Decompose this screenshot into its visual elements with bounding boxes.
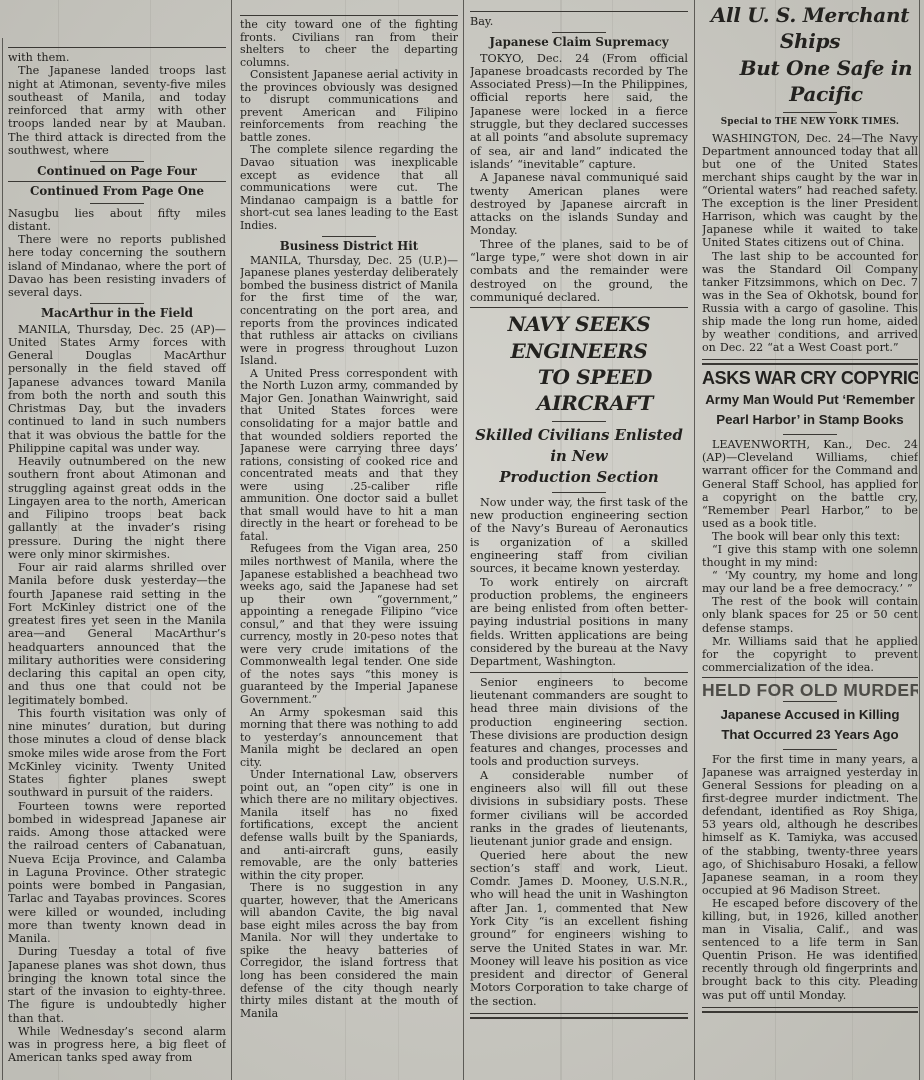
byline: Special to THE NEW YORK TIMES. — [702, 116, 918, 129]
divider-rule — [783, 112, 837, 113]
headline-line: Pearl Harbor’ in Stamp Books — [702, 410, 918, 430]
article-paragraph: The last ship to be accounted for was th… — [702, 250, 918, 355]
divider-rule — [90, 203, 144, 204]
article-paragraph: He escaped before discovery of the killi… — [702, 897, 918, 1002]
article-paragraph: Heavily outnumbered on the new southern … — [8, 455, 226, 561]
article-paragraph: For the first time in many years, a Japa… — [702, 753, 918, 897]
divider-line — [240, 15, 458, 16]
article-paragraph: A considerable number of engineers also … — [470, 769, 688, 849]
double-rule — [470, 1013, 688, 1019]
article-subheadline: Japanese Accused in KillingThat Occurred… — [702, 705, 918, 745]
divider-rule — [552, 421, 606, 422]
column-separator — [694, 0, 695, 1080]
article-paragraph: A Japanese naval communiqué said twenty … — [470, 171, 688, 237]
article-subheadline: Army Man Would Put ‘RememberPearl Harbor… — [702, 390, 918, 430]
newspaper-page: with them.The Japanese landed troops las… — [0, 0, 924, 1080]
article-paragraph: “ ‘My country, my home and long may our … — [702, 569, 918, 595]
divider-line — [470, 11, 688, 12]
article-headline: All U. S. Merchant ShipsBut One Safe in … — [702, 2, 918, 108]
article-headline: NAVY SEEKS ENGINEERSTO SPEED AIRCRAFT — [470, 311, 688, 417]
column-2: the city toward one of the fighting fron… — [240, 12, 458, 1080]
section-subhead: Continued on Page Four — [8, 165, 226, 178]
headline-line: Army Man Would Put ‘Remember — [702, 390, 918, 410]
divider-rule — [783, 701, 837, 702]
headline-line: TO SPEED AIRCRAFT — [486, 364, 688, 417]
headline-line: That Occurred 23 Years Ago — [702, 725, 918, 745]
article-paragraph: While Wednesday’s second alarm was in pr… — [8, 1025, 226, 1065]
article-paragraph: Queried here about the new section’s sta… — [470, 849, 688, 1009]
article-paragraph: the city toward one of the fighting fron… — [240, 19, 458, 69]
divider-line — [470, 672, 688, 673]
double-rule — [702, 359, 918, 365]
column-3: Bay.Japanese Claim SupremacyTOKYO, Dec. … — [470, 8, 688, 1080]
article-paragraph: To work entirely on aircraft production … — [470, 576, 688, 669]
headline-line: But One Safe in Pacific — [718, 55, 918, 108]
column-separator — [463, 0, 464, 1080]
article-headline: ASKS WAR CRY COPYRIGHT — [702, 372, 918, 385]
column-separator — [231, 0, 232, 1080]
headline-line: Skilled Civilians Enlisted in New — [470, 425, 688, 467]
divider-rule — [783, 434, 837, 435]
article-paragraph: A United Press correspondent with the No… — [240, 368, 458, 544]
article-paragraph: Refugees from the Vigan area, 250 miles … — [240, 543, 458, 706]
article-headline: HELD FOR OLD MURDER — [702, 684, 918, 697]
article-paragraph: There is no suggestion in any quarter, h… — [240, 882, 458, 1020]
article-paragraph: The Japanese landed troops last night at… — [8, 64, 226, 157]
divider-line — [8, 181, 226, 182]
article-paragraph: Three of the planes, said to be of “larg… — [470, 238, 688, 304]
article-paragraph: Senior engineers to become lieutenant co… — [470, 676, 688, 769]
article-paragraph: with them. — [8, 51, 226, 64]
divider-rule — [90, 161, 144, 162]
headline-line: NAVY SEEKS ENGINEERS — [470, 311, 688, 364]
article-paragraph: Mr. Williams said that he applied for th… — [702, 635, 918, 674]
divider-rule — [783, 749, 837, 750]
section-subhead: MacArthur in the Field — [8, 307, 226, 320]
article-paragraph: The book will bear only this text: — [702, 530, 918, 543]
article-paragraph: This fourth visitation was only of nine … — [8, 707, 226, 800]
article-paragraph: MANILA, Thursday, Dec. 25 (AP)—United St… — [8, 323, 226, 456]
headline-line: Production Section — [470, 467, 688, 488]
headline-line: Japanese Accused in Killing — [702, 705, 918, 725]
divider-rule — [552, 32, 606, 33]
section-subhead: Business District Hit — [240, 240, 458, 253]
article-paragraph: The rest of the book will contain only b… — [702, 595, 918, 634]
divider-rule — [90, 303, 144, 304]
section-subhead: Continued From Page One — [8, 185, 226, 198]
article-paragraph: Bay. — [470, 15, 688, 28]
article-paragraph: Now under way, the first task of the new… — [470, 496, 688, 576]
article-paragraph: An Army spokesman said this morning that… — [240, 707, 458, 770]
column-1: with them.The Japanese landed troops las… — [8, 44, 226, 1080]
article-paragraph: LEAVENWORTH, Kan., Dec. 24 (AP)—Clevelan… — [702, 438, 918, 530]
article-paragraph: WASHINGTON, Dec. 24—The Navy Department … — [702, 132, 918, 250]
article-paragraph: Fourteen towns were reported bombed in w… — [8, 800, 226, 946]
article-paragraph: Four air raid alarms shrilled over Manil… — [8, 561, 226, 707]
column-separator — [2, 38, 3, 1080]
divider-line — [470, 307, 688, 308]
divider-line — [8, 47, 226, 48]
article-paragraph: MANILA, Thursday, Dec. 25 (U.P.)—Japanes… — [240, 255, 458, 368]
article-paragraph: Under International Law, observers point… — [240, 769, 458, 882]
article-paragraph: Consistent Japanese aerial activity in t… — [240, 69, 458, 144]
divider-rule — [322, 236, 376, 237]
divider-line — [702, 677, 918, 678]
column-separator — [919, 0, 920, 1080]
section-subhead: Japanese Claim Supremacy — [470, 36, 688, 49]
headline-line: All U. S. Merchant Ships — [702, 2, 918, 55]
article-paragraph: There were no reports published here tod… — [8, 233, 226, 299]
article-paragraph: “I give this stamp with one solemn thoug… — [702, 543, 918, 569]
article-paragraph: Nasugbu lies about fifty miles distant. — [8, 207, 226, 234]
double-rule — [702, 1007, 918, 1013]
article-paragraph: The complete silence regarding the Davao… — [240, 144, 458, 232]
article-paragraph: During Tuesday a total of five Japanese … — [8, 945, 226, 1025]
article-paragraph: TOKYO, Dec. 24 (From official Japanese b… — [470, 52, 688, 172]
article-subheadline: Skilled Civilians Enlisted in NewProduct… — [470, 425, 688, 488]
divider-rule — [552, 492, 606, 493]
column-4: All U. S. Merchant ShipsBut One Safe in … — [702, 1, 918, 1080]
